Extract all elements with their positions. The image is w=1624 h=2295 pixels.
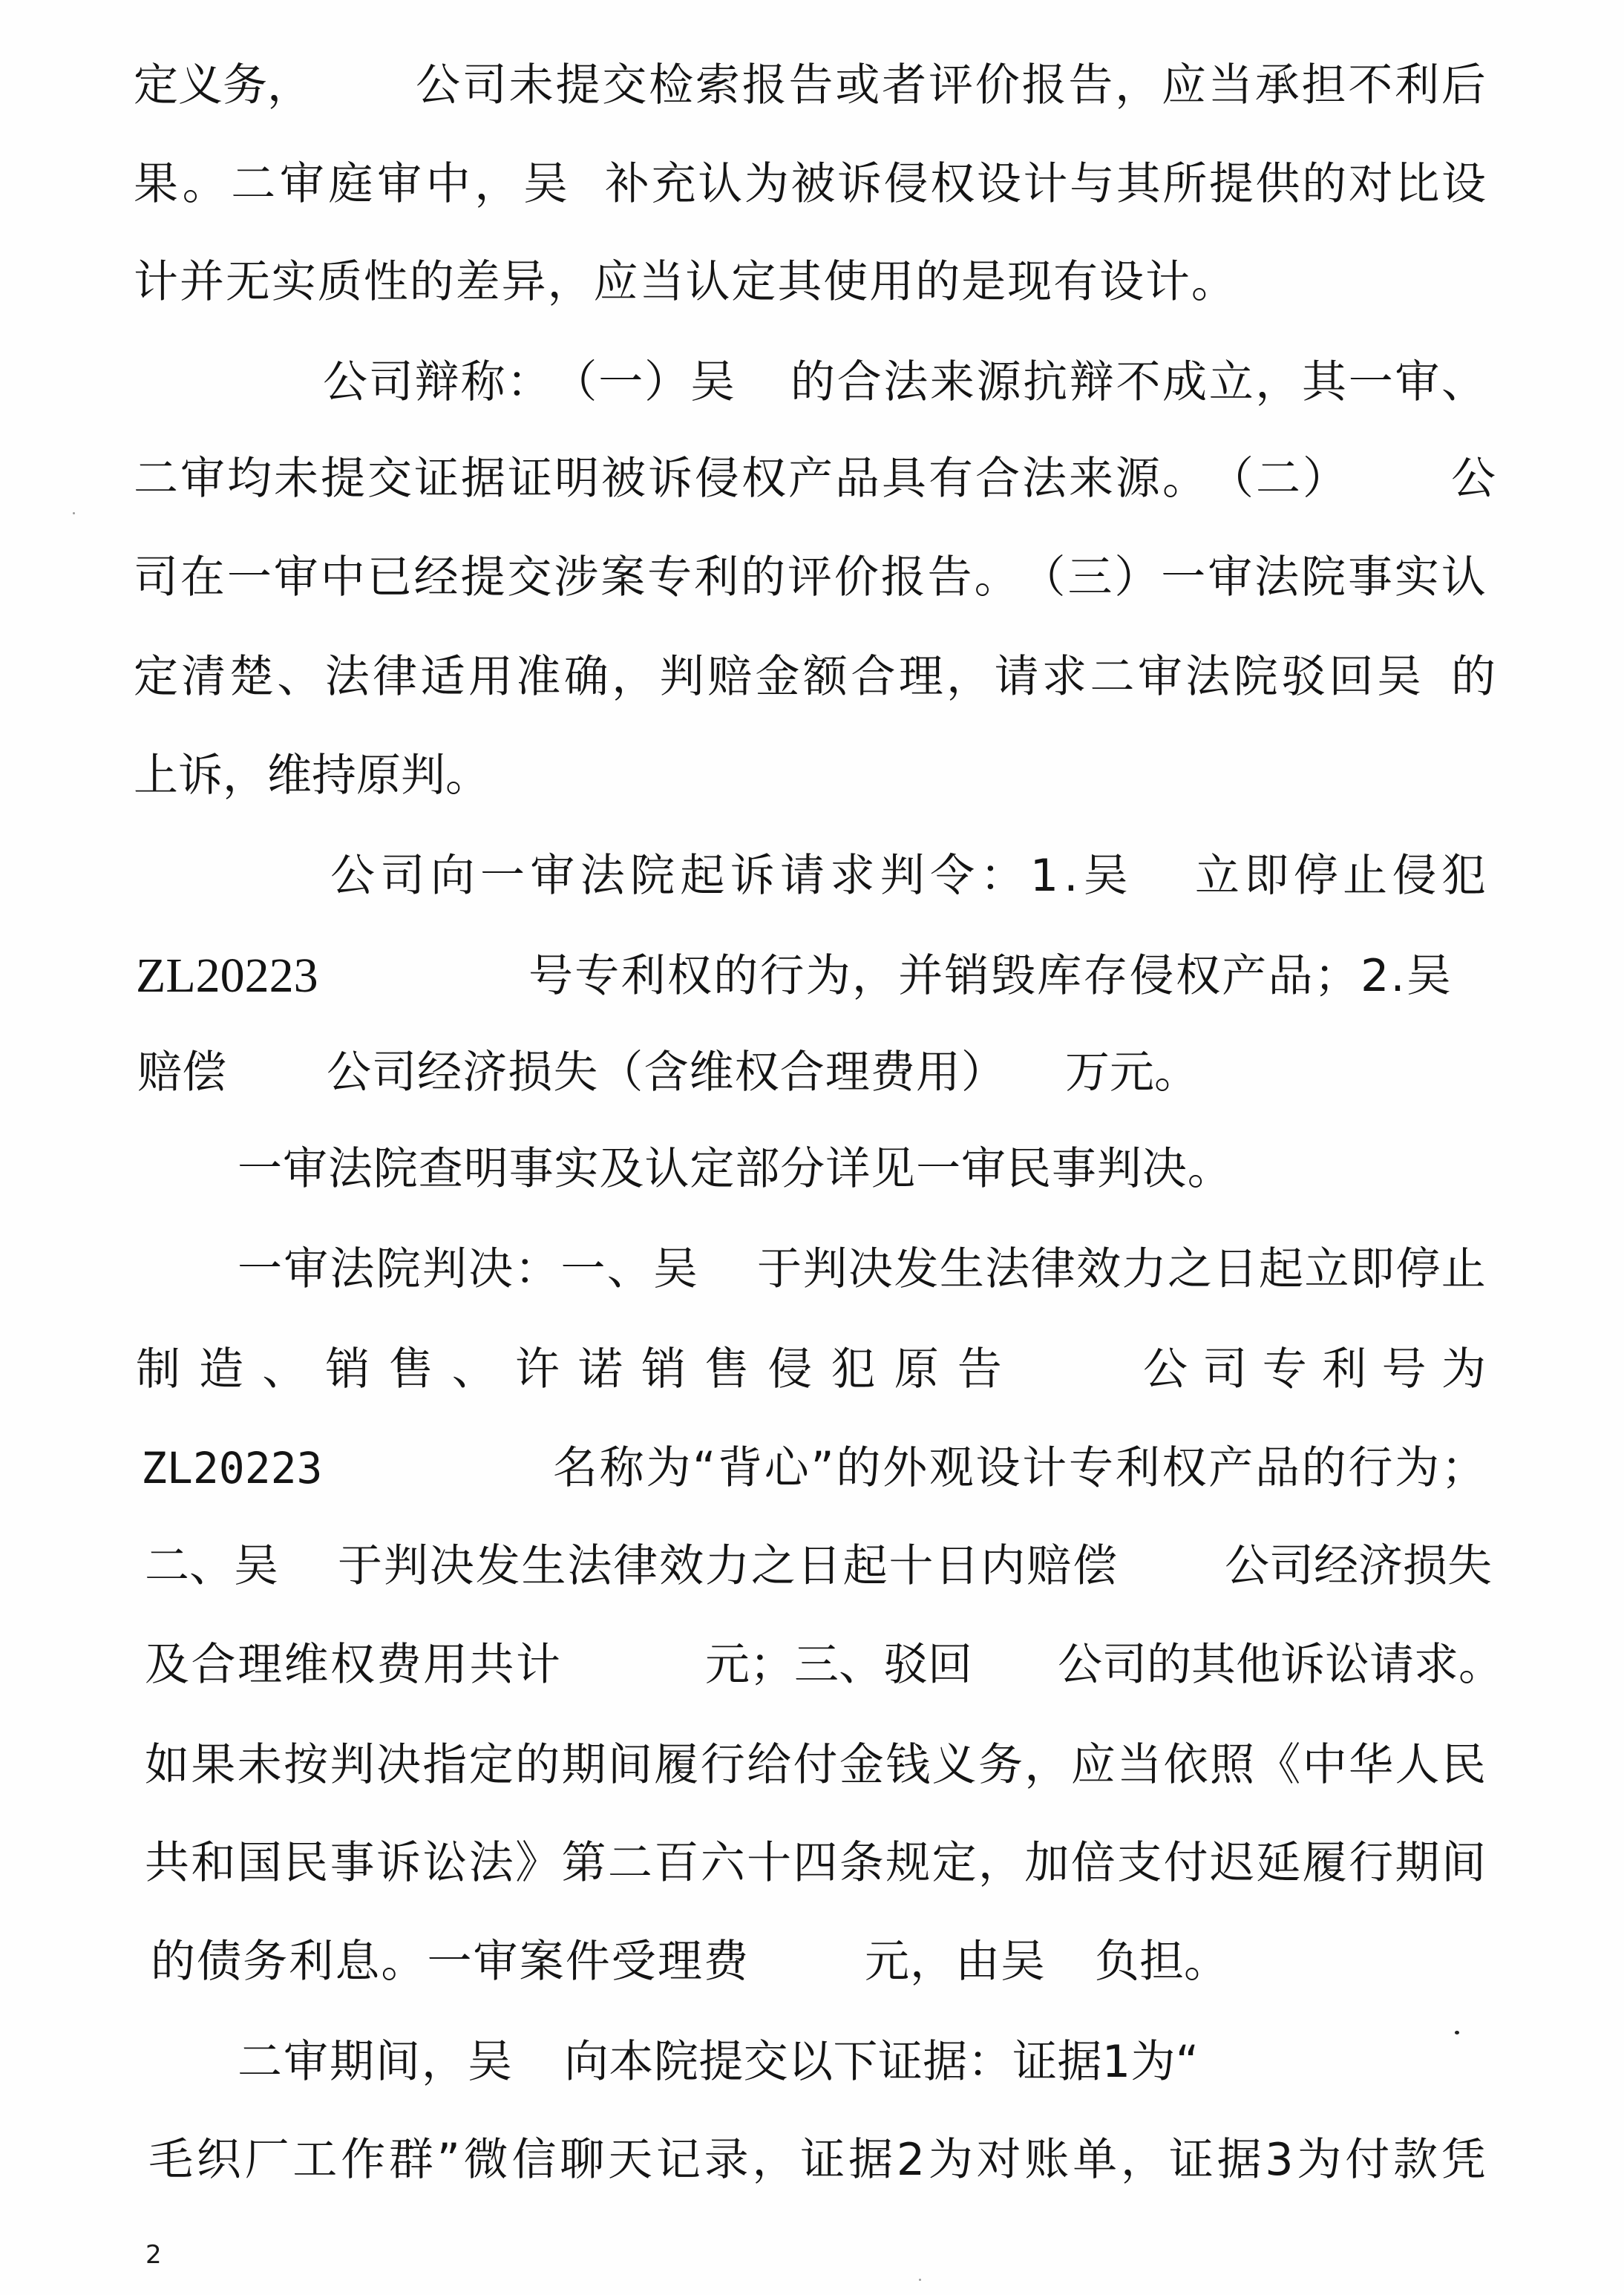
text-segment: 二审均未提交证据证明被诉侵权产品具有合法来源。（二） (134, 449, 1347, 508)
text-line: ZL20223号专利权的行为，并销毁库存侵权产品；2.吴 (0, 946, 1624, 1006)
text-segment: 向本院提交以下证据：证据1为“ (564, 2032, 1199, 2092)
text-segment: 及合理维权费用共计 (145, 1635, 560, 1695)
document-page: 定义务，公司未提交检索报告或者评价报告，应当承担不利后果。二审庭审中，吴补充认为… (0, 0, 1624, 2295)
text-segment: 制造、销售、许诺销售侵犯原告 (136, 1340, 1002, 1399)
text-segment: 共和国民事诉讼法》第二百六十四条规定，加倍支付迟延履行期间 (145, 1833, 1486, 1893)
text-segment: 毛织厂工作群”微信聊天记录，证据2为对账单，证据3为付款凭 (148, 2130, 1486, 2190)
text-segment: 于判决发生法律效力之日起立即停止 (757, 1240, 1486, 1299)
text-line: 司在一审中已经提交涉案专利的评价报告。（三）一审法院事实认 (0, 548, 1624, 607)
text-segment: 定清楚、法律适用准确，判赔金额合理，请求二审法院驳回吴 (134, 647, 1421, 707)
text-segment: 公司经济损失 (1225, 1536, 1486, 1596)
text-line: 二审期间，吴向本院提交以下证据：证据1为“ (0, 2032, 1624, 2092)
text-segment: 司在一审中已经提交涉案专利的评价报告。（三）一审法院事实认 (134, 548, 1486, 607)
text-line: 如果未按判决指定的期间履行给付金钱义务，应当依照《中华人民 (0, 1735, 1624, 1795)
text-line: 果。二审庭审中，吴补充认为被诉侵权设计与其所提供的对比设 (0, 154, 1624, 214)
text-segment: 公司未提交检索报告或者评价报告，应当承担不利后 (416, 56, 1486, 115)
text-line: 一审法院判决：一、吴于判决发生法律效力之日起立即停止 (0, 1240, 1624, 1299)
text-line: 定义务，公司未提交检索报告或者评价报告，应当承担不利后 (0, 56, 1624, 115)
text-line: ZL20223名称为“背心”的外观设计专利权产品的行为； (0, 1438, 1624, 1498)
text-segment: 的 (1451, 647, 1486, 707)
scan-speck (919, 2279, 921, 2281)
text-segment: 元，由吴 (865, 1932, 1045, 1991)
text-segment: 公 (1451, 449, 1486, 508)
text-line: 毛织厂工作群”微信聊天记录，证据2为对账单，证据3为付款凭 (0, 2130, 1624, 2190)
text-segment: 公司的其他诉讼请求。 (1058, 1635, 1486, 1695)
text-segment: 公司经济损失（含维权合理费用） (327, 1043, 1006, 1102)
text-segment: 一审法院判决：一、吴 (238, 1240, 698, 1299)
text-line: 计并无实质性的差异，应当认定其使用的是现有设计。 (0, 252, 1624, 312)
text-line: 共和国民事诉讼法》第二百六十四条规定，加倍支付迟延履行期间 (0, 1833, 1624, 1893)
text-line: 制造、销售、许诺销售侵犯原告公司专利号为 (0, 1340, 1624, 1399)
text-segment: 赔偿 (137, 1043, 226, 1102)
text-segment: 一审法院查明事实及认定部分详见一审民事判决。 (238, 1139, 1232, 1199)
text-segment: 果。二审庭审中，吴 (134, 154, 568, 214)
text-line: 公司辩称：（一）吴的合法来源抗辩不成立，其一审、 (0, 353, 1624, 412)
text-segment: 补充认为被诉侵权设计与其所提供的对比设 (605, 154, 1486, 214)
text-line: 公司向一审法院起诉请求判令：1.吴立即停止侵犯 (0, 846, 1624, 906)
text-segment: 万元。 (1065, 1043, 1173, 1102)
text-segment: 号专利权的行为，并销毁库存侵权产品；2.吴 (528, 946, 1451, 1006)
text-segment: 上诉，维持原判。 (134, 746, 475, 805)
scan-speck (1455, 2031, 1459, 2034)
text-line: 一审法院查明事实及认定部分详见一审民事判决。 (0, 1139, 1624, 1199)
text-line: 上诉，维持原判。 (0, 746, 1624, 805)
text-segment: ZL20223 (136, 946, 308, 1006)
text-segment: 如果未按判决指定的期间履行给付金钱义务，应当依照《中华人民 (145, 1735, 1486, 1795)
text-segment: 立即停止侵犯 (1195, 846, 1486, 906)
text-segment: 于判决发生法律效力之日起十日内赔偿 (338, 1536, 1117, 1596)
text-line: 定清楚、法律适用准确，判赔金额合理，请求二审法院驳回吴的 (0, 647, 1624, 707)
page-number: 2 (145, 2240, 162, 2270)
scan-speck (73, 512, 75, 514)
text-segment: 公司辩称：（一）吴 (323, 353, 735, 412)
text-line: 二、吴于判决发生法律效力之日起十日内赔偿公司经济损失 (0, 1536, 1624, 1596)
text-line: 赔偿公司经济损失（含维权合理费用）万元。 (0, 1043, 1624, 1102)
text-line: 的债务利息。一审案件受理费元，由吴负担。 (0, 1932, 1624, 1991)
text-segment: 定义务， (134, 56, 312, 115)
text-segment: 二、吴 (145, 1536, 278, 1596)
text-segment: 的合法来源抗辩不成立，其一审、 (790, 353, 1486, 412)
text-segment: 元；三、驳回 (705, 1635, 957, 1695)
text-segment: 负担。 (1095, 1932, 1217, 1991)
text-segment: 计并无实质性的差异，应当认定其使用的是现有设计。 (134, 252, 1236, 312)
text-segment: 公司专利号为 (1143, 1340, 1486, 1399)
text-segment: 二审期间，吴 (238, 2032, 512, 2092)
text-line: 二审均未提交证据证明被诉侵权产品具有合法来源。（二）公 (0, 449, 1624, 508)
text-line: 及合理维权费用共计元；三、驳回公司的其他诉讼请求。 (0, 1635, 1624, 1695)
text-segment: 名称为“背心”的外观设计专利权产品的行为； (553, 1438, 1486, 1498)
text-segment: 公司向一审法院起诉请求判令：1.吴 (330, 846, 1128, 906)
text-segment: ZL20223 (141, 1438, 306, 1498)
text-segment: 的债务利息。一审案件受理费 (151, 1932, 748, 1991)
